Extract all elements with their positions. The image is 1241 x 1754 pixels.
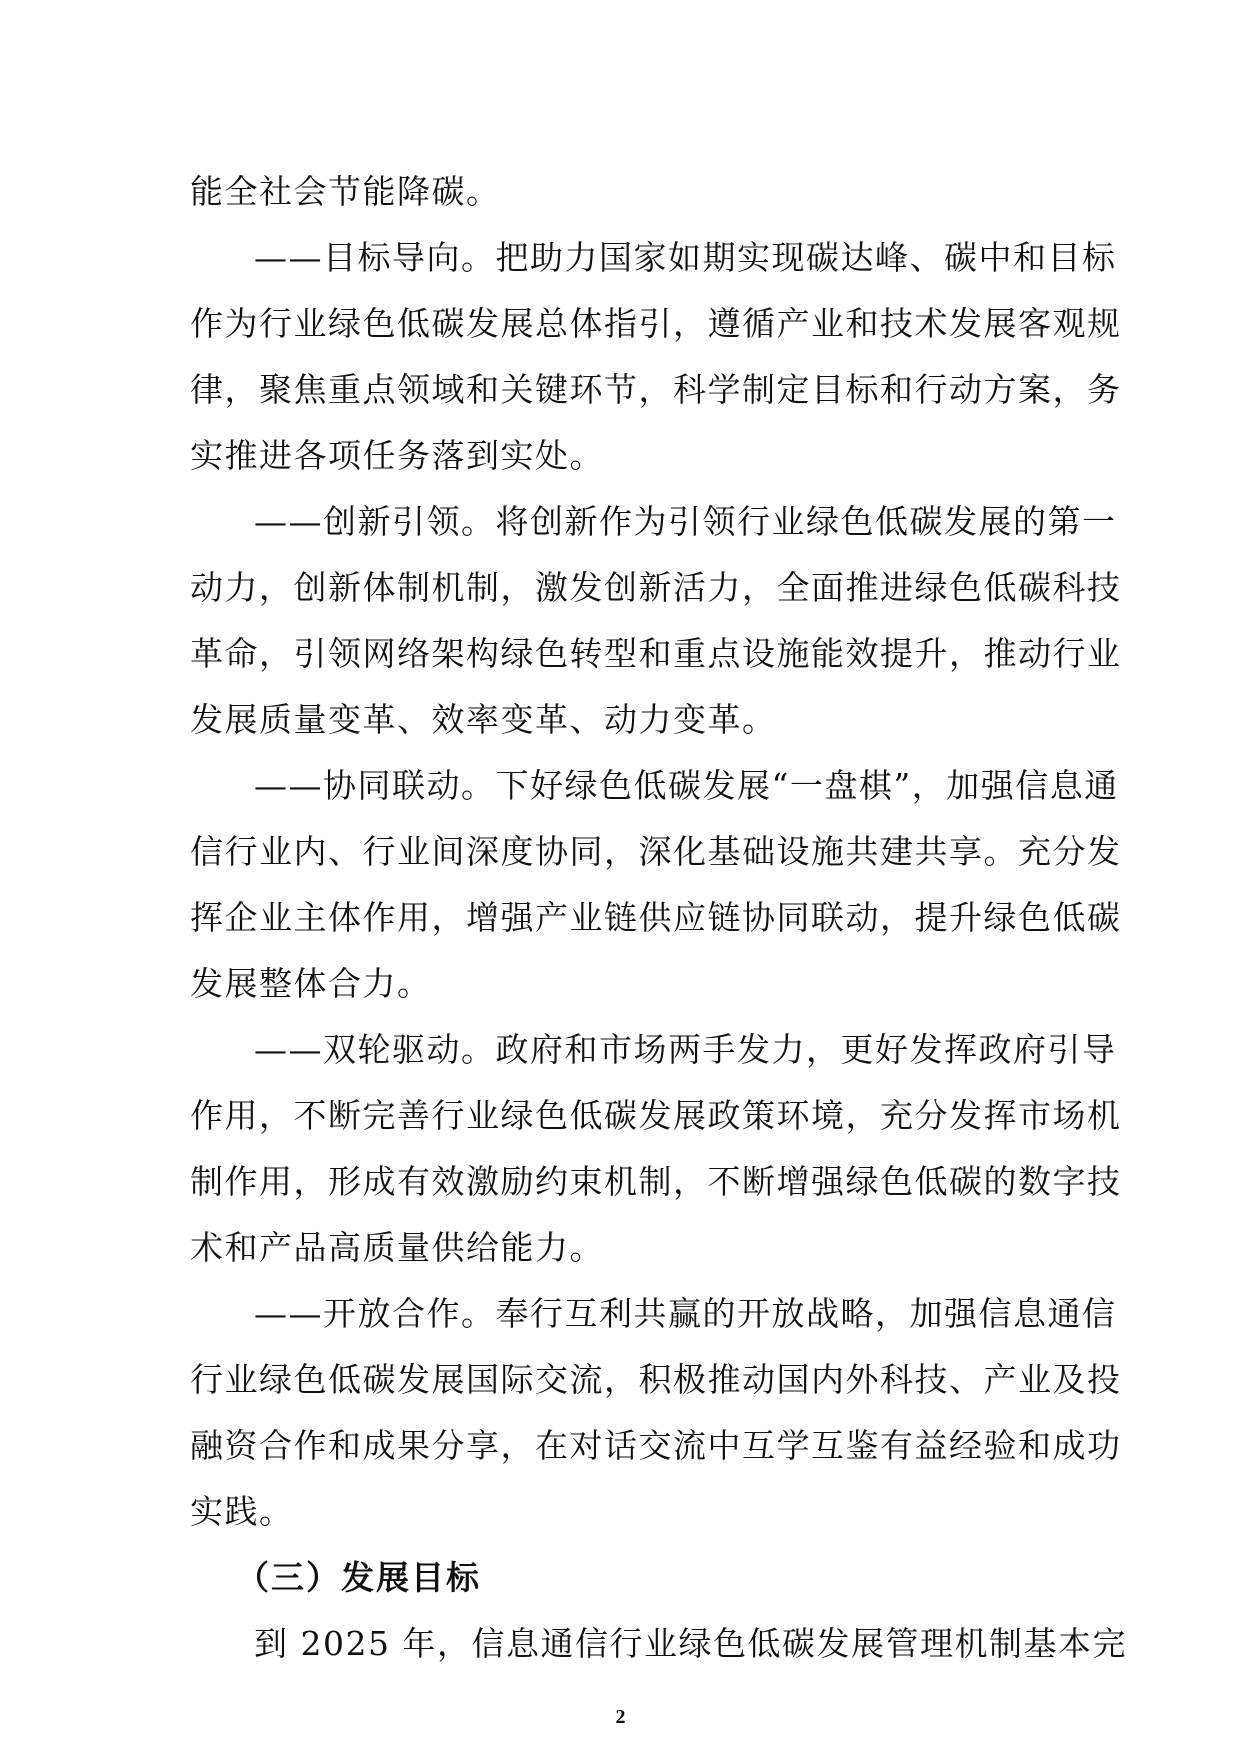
document-page: 能全社会节能降碳。 ——目标导向。把助力国家如期实现碳达峰、碳中和目标 作为行业… [0,0,1241,1754]
page-number: 2 [0,1706,1241,1729]
text-line: 信行业内、行业间深度协同，深化基础设施共建共享。充分发 [190,832,1050,872]
text-line: 革命，引领网络架构绿色转型和重点设施能效提升，推动行业 [190,634,1050,674]
text-line: 实推进各项任务落到实处。 [190,436,1050,476]
text-line: ——目标导向。把助力国家如期实现碳达峰、碳中和目标 [254,238,1050,278]
text-line: ——创新引领。将创新作为引领行业绿色低碳发展的第一 [254,502,1050,542]
text-line: 行业绿色低碳发展国际交流，积极推动国内外科技、产业及投 [190,1360,1050,1400]
text-line: 能全社会节能降碳。 [190,172,1050,212]
text-line: 发展整体合力。 [190,964,1050,1004]
text-line: 制作用，形成有效激励约束机制，不断增强绿色低碳的数字技 [190,1162,1050,1202]
text-line: 动力，创新体制机制，激发创新活力，全面推进绿色低碳科技 [190,568,1050,608]
text-line: 发展质量变革、效率变革、动力变革。 [190,700,1050,740]
section-heading: （三）发展目标 [236,1558,481,1598]
text-line: 作为行业绿色低碳发展总体指引，遵循产业和技术发展客观规 [190,304,1050,344]
text-line: 律，聚焦重点领域和关键环节，科学制定目标和行动方案，务 [190,370,1050,410]
text-line: 术和产品高质量供给能力。 [190,1228,1050,1268]
text-line: ——协同联动。下好绿色低碳发展“一盘棋”，加强信息通 [254,766,1050,806]
text-line: 挥企业主体作用，增强产业链供应链协同联动，提升绿色低碳 [190,898,1050,938]
text-line: 到 2025 年，信息通信行业绿色低碳发展管理机制基本完 [254,1624,1050,1664]
text-line: 实践。 [190,1492,1050,1532]
text-line: 融资合作和成果分享，在对话交流中互学互鉴有益经验和成功 [190,1426,1050,1466]
text-line: 作用，不断完善行业绿色低碳发展政策环境，充分发挥市场机 [190,1096,1050,1136]
text-line: ——开放合作。奉行互利共赢的开放战略，加强信息通信 [254,1294,1050,1334]
text-line: ——双轮驱动。政府和市场两手发力，更好发挥政府引导 [254,1030,1050,1070]
